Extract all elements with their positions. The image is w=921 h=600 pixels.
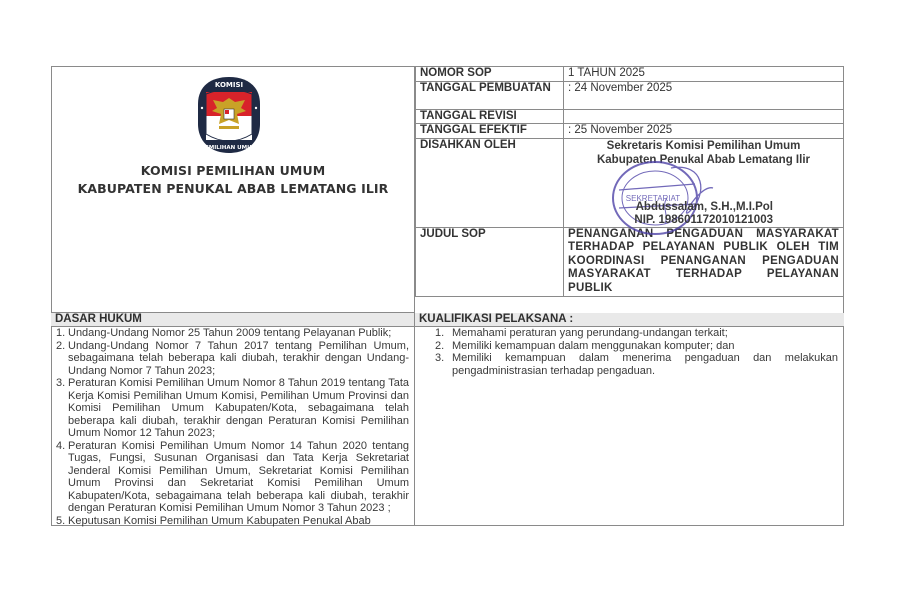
svg-text:PEMILIHAN UMUM: PEMILIHAN UMUM [201, 145, 257, 151]
approval-block: Sekretaris Komisi Pemilihan Umum Kabupat… [564, 139, 843, 227]
list-item: 4.Peraturan Komisi Pemilihan Umum Nomor … [54, 440, 409, 515]
row-tanggal-pembuatan: TANGGAL PEMBUATAN : 24 November 2025 [416, 81, 844, 109]
list-item: 3.Peraturan Komisi Pemilihan Umum Nomor … [54, 377, 409, 440]
value-tanggal-pembuatan: : 24 November 2025 [564, 81, 844, 109]
value-disahkan-oleh: Sekretaris Komisi Pemilihan Umum Kabupat… [564, 138, 844, 227]
value-judul-sop: PENANGANAN PENGADUAN MASYARAKAT TERHADAP… [564, 227, 844, 297]
list-item: 1.Undang-Undang Nomor 25 Tahun 2009 tent… [54, 327, 409, 340]
value-tanggal-revisi [564, 109, 844, 124]
label-judul-sop: JUDUL SOP [416, 227, 564, 297]
section-header-kualifikasi: KUALIFIKASI PELAKSANA : [415, 313, 844, 327]
label-nomor-sop: NOMOR SOP [416, 67, 564, 82]
label-tanggal-pembuatan: TANGGAL PEMBUATAN [416, 81, 564, 109]
sop-info-table: NOMOR SOP 1 TAHUN 2025 TANGGAL PEMBUATAN… [415, 66, 844, 297]
row-tanggal-revisi: TANGGAL REVISI [416, 109, 844, 124]
row-nomor-sop: NOMOR SOP 1 TAHUN 2025 [416, 67, 844, 82]
list-item: 3.Memiliki kemampuan dalam menerima peng… [420, 352, 838, 377]
label-tanggal-revisi: TANGGAL REVISI [416, 109, 564, 124]
list-item: 2.Memiliki kemampuan dalam menggunakan k… [420, 340, 838, 353]
legal-basis-list: 1.Undang-Undang Nomor 25 Tahun 2009 tent… [54, 327, 409, 527]
label-disahkan-oleh: DISAHKAN OLEH [416, 138, 564, 227]
header-logo-cell: KOMISI PEMILIHAN UMUM KOMISI PEMILIHAN U… [51, 66, 415, 313]
organization-name: KOMISI PEMILIHAN UMUM [51, 163, 415, 178]
kpu-logo-icon: KOMISI PEMILIHAN UMUM [195, 74, 263, 156]
approver-title: Sekretaris Komisi Pemilihan Umum [564, 139, 843, 153]
svg-text:KOMISI: KOMISI [215, 81, 243, 89]
section-header-dasar-hukum: DASAR HUKUM [51, 313, 415, 327]
organization-region: KABUPATEN PENUKAL ABAB LEMATANG ILIR [51, 181, 415, 196]
row-disahkan-oleh: DISAHKAN OLEH Sekretaris Komisi Pemiliha… [416, 138, 844, 227]
qualification-list: 1.Memahami peraturan yang perundang-unda… [420, 327, 838, 377]
signer-name: Abdussalam, S.H.,M.I.Pol [564, 201, 843, 215]
list-item: 2.Undang-Undang Nomor 7 Tahun 2017 tenta… [54, 340, 409, 378]
column-divider [414, 326, 415, 526]
approver-office: Kabupaten Penukal Abab Lematang Ilir [564, 153, 843, 167]
list-item: 5.Keputusan Komisi Pemilihan Umum Kabupa… [54, 515, 409, 528]
row-tanggal-efektif: TANGGAL EFEKTIF : 25 November 2025 [416, 124, 844, 139]
list-item: 1.Memahami peraturan yang perundang-unda… [420, 327, 838, 340]
signer-nip: NIP. 198601172010121003 [564, 214, 843, 228]
row-judul-sop: JUDUL SOP PENANGANAN PENGADUAN MASYARAKA… [416, 227, 844, 297]
label-tanggal-efektif: TANGGAL EFEKTIF [416, 124, 564, 139]
value-nomor-sop: 1 TAHUN 2025 [564, 67, 844, 82]
value-tanggal-efektif: : 25 November 2025 [564, 124, 844, 139]
